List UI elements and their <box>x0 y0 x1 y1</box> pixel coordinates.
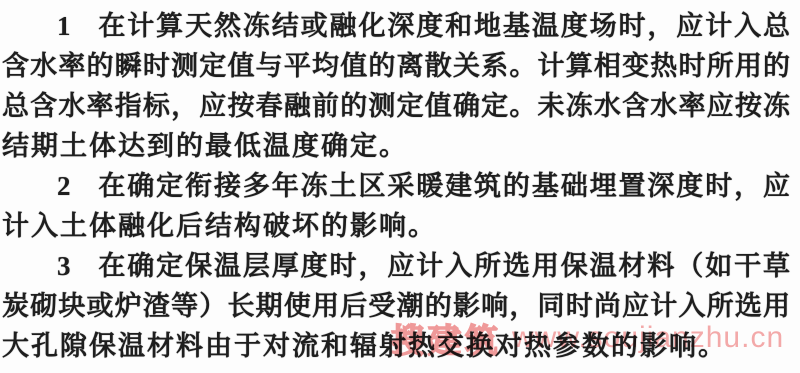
clause-2-line-2: 计入土体融化后结构破坏的影响。 <box>0 206 800 246</box>
clause-line-text: 在计算天然冻结或融化深度和地基温度场时，应计入总 <box>97 11 791 41</box>
clause-line-text: 含水率的瞬时测定值与平均值的离散关系。计算相变热时所用的 <box>2 51 790 81</box>
clause-1-line-2: 含水率的瞬时测定值与平均值的离散关系。计算相变热时所用的 <box>0 46 800 86</box>
document-page: 1在计算天然冻结或融化深度和地基温度场时，应计入总 含水率的瞬时测定值与平均值的… <box>0 0 800 373</box>
clause-3-line-1: 3在确定保温层厚度时，应计入所选用保温材料（如干草 <box>0 246 800 286</box>
clause-text-block: 1在计算天然冻结或融化深度和地基温度场时，应计入总 含水率的瞬时测定值与平均值的… <box>0 6 800 366</box>
clause-line-text: 炭砌块或炉渣等）长期使用后受潮的影响，同时尚应计入所选用 <box>2 291 790 321</box>
clause-line-text: 总含水率指标，应按春融前的测定值确定。未冻水含水率应按冻 <box>2 91 790 121</box>
clause-1-line-4: 结期土体达到的最低温度确定。 <box>0 126 800 166</box>
clause-3-line-2: 炭砌块或炉渣等）长期使用后受潮的影响，同时尚应计入所选用 <box>0 286 800 326</box>
clause-1-line-3: 总含水率指标，应按春融前的测定值确定。未冻水含水率应按冻 <box>0 86 800 126</box>
clause-line-text: 结期土体达到的最低温度确定。 <box>2 131 408 161</box>
clause-2-line-1: 2在确定衔接多年冻土区采暖建筑的基础埋置深度时，应 <box>0 166 800 206</box>
clause-line-text: 计入土体融化后结构破坏的影响。 <box>2 211 437 241</box>
clause-3-line-3: 大孔隙保温材料由于对流和辐射热交换对热参数的影响。 <box>0 326 800 366</box>
clause-line-text: 在确定衔接多年冻土区采暖建筑的基础埋置深度时，应 <box>97 171 791 201</box>
clause-number: 3 <box>57 251 71 281</box>
clause-1-line-1: 1在计算天然冻结或融化深度和地基温度场时，应计入总 <box>0 6 800 46</box>
clause-line-text: 在确定保温层厚度时，应计入所选用保温材料（如干草 <box>97 251 791 281</box>
clause-line-text: 大孔隙保温材料由于对流和辐射热交换对热参数的影响。 <box>2 331 727 361</box>
clause-number: 1 <box>57 11 71 41</box>
clause-number: 2 <box>57 171 71 201</box>
